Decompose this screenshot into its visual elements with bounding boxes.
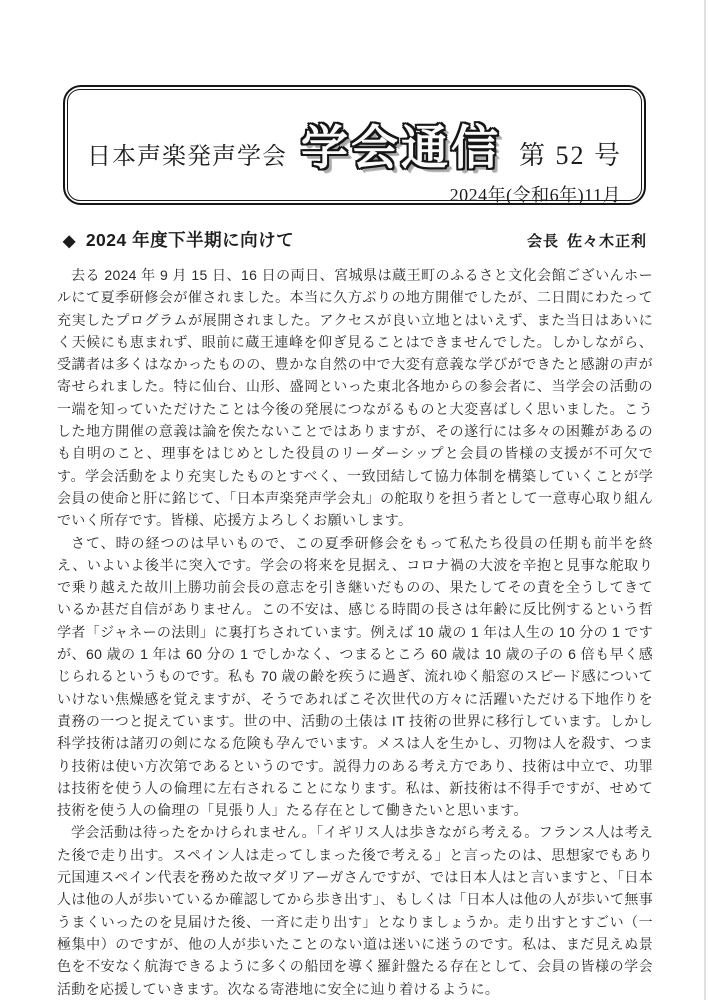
author-role: 会長 — [527, 233, 559, 250]
masthead-box: 日本声楽発声学会 学会通信 第 52 号 2024年(令和6年)11月 — [63, 85, 646, 205]
paragraph-3: 学会活動は待ったをかけられません。「イギリス人は歩きながら考える。フランス人は考… — [57, 821, 653, 999]
masthead-date-row: 2024年(令和6年)11月 — [68, 181, 641, 207]
organization-name: 日本声楽発声学会 — [87, 136, 287, 171]
newsletter-title: 学会通信 — [301, 111, 501, 178]
paragraph-1: 去る 2024 年 9 月 15 日、16 日の両日、宮城県は蔵王町のふるさと文… — [57, 264, 653, 532]
article-heading-text: 2024 年度下半期に向けて — [86, 230, 294, 250]
article-body: 去る 2024 年 9 月 15 日、16 日の両日、宮城県は蔵王町のふるさと文… — [57, 264, 653, 1000]
article: ◆2024 年度下半期に向けて 会長佐々木正利 去る 2024 年 9 月 15… — [57, 227, 653, 1000]
masthead-title-row: 日本声楽発声学会 学会通信 第 52 号 — [68, 111, 641, 178]
paragraph-2: さて、時の経つのは早いもので、この夏季研修会をもって私たち役員の任期も前半を終え… — [57, 532, 653, 822]
article-heading-row: ◆2024 年度下半期に向けて 会長佐々木正利 — [63, 227, 647, 252]
article-author: 会長佐々木正利 — [527, 230, 647, 251]
scanned-newsletter-page: 日本声楽発声学会 学会通信 第 52 号 2024年(令和6年)11月 ◆202… — [0, 0, 709, 1000]
diamond-bullet-icon: ◆ — [63, 233, 76, 250]
scan-edge-artifact — [704, 0, 706, 1000]
author-name: 佐々木正利 — [567, 233, 647, 250]
issue-number: 第 52 号 — [519, 135, 622, 172]
masthead-inner-border: 日本声楽発声学会 学会通信 第 52 号 2024年(令和6年)11月 — [67, 89, 642, 201]
article-heading: ◆2024 年度下半期に向けて — [63, 227, 294, 252]
publication-date: 2024年(令和6年)11月 — [450, 185, 621, 205]
